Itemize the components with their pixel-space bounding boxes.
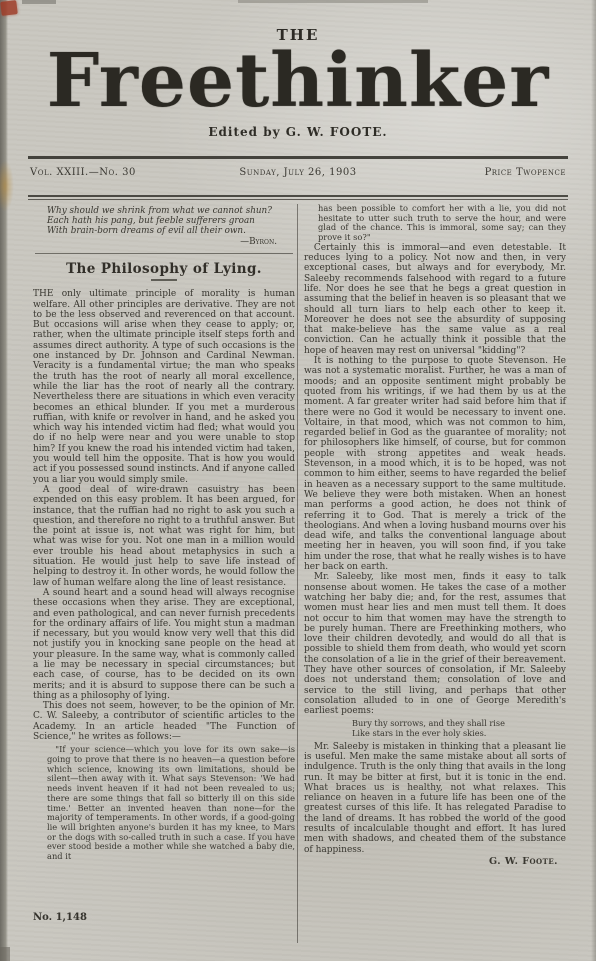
epigraph-line: Why should we shrink from what we cannot… — [47, 206, 295, 216]
epigraph-attribution: —Byron. — [47, 237, 277, 247]
rule-below-masthead — [28, 156, 568, 159]
article-title: The Philosophy of Lying. — [33, 264, 295, 274]
masthead-title: Freethinker — [0, 46, 596, 116]
article-paragraph: Mr. Saleeby is mistaken in thinking that… — [304, 742, 566, 855]
issue-serial-number: No. 1,148 — [33, 912, 87, 923]
article-paragraph: Certainly this is immoral—and even detes… — [304, 243, 566, 356]
left-column: Why should we shrink from what we cannot… — [33, 204, 295, 862]
epigraph-line: With brain-born dreams of evil all their… — [47, 226, 295, 236]
quote-paragraph: has been possible to comfort her with a … — [318, 204, 566, 243]
rule-below-issue-line-thin — [28, 199, 568, 200]
volume-number: Vol. XXIII.—No. 30 — [30, 167, 136, 178]
scan-edge-mark — [238, 0, 428, 3]
scan-corner-shadow — [0, 947, 10, 961]
article-paragraph: A good deal of wire-drawn casuistry has … — [33, 485, 295, 588]
masthead-editor-line: Edited by G. W. FOOTE. — [0, 125, 596, 139]
rule-below-issue-line — [28, 195, 568, 197]
scan-binding-shadow — [0, 0, 8, 961]
scan-edge-mark — [22, 0, 56, 4]
block-quote-continuation: has been possible to comfort her with a … — [318, 204, 566, 243]
rule-below-title — [151, 279, 177, 281]
newspaper-page: THE Freethinker Edited by G. W. FOOTE. V… — [0, 0, 596, 961]
article-paragraph: This does not seem, however, to be the o… — [33, 701, 295, 742]
rule-below-epigraph — [35, 253, 293, 254]
quote-paragraph: "If your science—which you love for its … — [47, 745, 295, 861]
column-divider-rule — [297, 204, 298, 943]
article-paragraph: THE only ultimate principle of morality … — [33, 289, 295, 485]
epigraph-line: Each hath his pang, but feeble sufferers… — [47, 216, 295, 226]
article-paragraph: Mr. Saleeby, like most men, finds it eas… — [304, 572, 566, 716]
red-corner-mark — [0, 0, 18, 16]
meredith-verse: Bury thy sorrows, and they shall rise Li… — [352, 719, 566, 738]
verse-line: Like stars in the ever holy skies. — [352, 729, 566, 739]
issue-price: Price Twopence — [485, 167, 566, 178]
masthead: THE Freethinker Edited by G. W. FOOTE. — [0, 26, 596, 139]
scan-right-edge-shadow — [591, 0, 596, 961]
article-paragraph: It is nothing to the purpose to quote St… — [304, 356, 566, 572]
author-signature: G. W. Foote. — [304, 857, 558, 867]
epigraph: Why should we shrink from what we cannot… — [47, 206, 295, 247]
article-paragraph: A sound heart and a sound head will alwa… — [33, 588, 295, 701]
right-column: has been possible to comfort her with a … — [304, 204, 566, 867]
paper-stain — [0, 160, 14, 212]
issue-line: Vol. XXIII.—No. 30 Sunday, July 26, 1903… — [30, 167, 566, 178]
block-quote: "If your science—which you love for its … — [47, 745, 295, 861]
